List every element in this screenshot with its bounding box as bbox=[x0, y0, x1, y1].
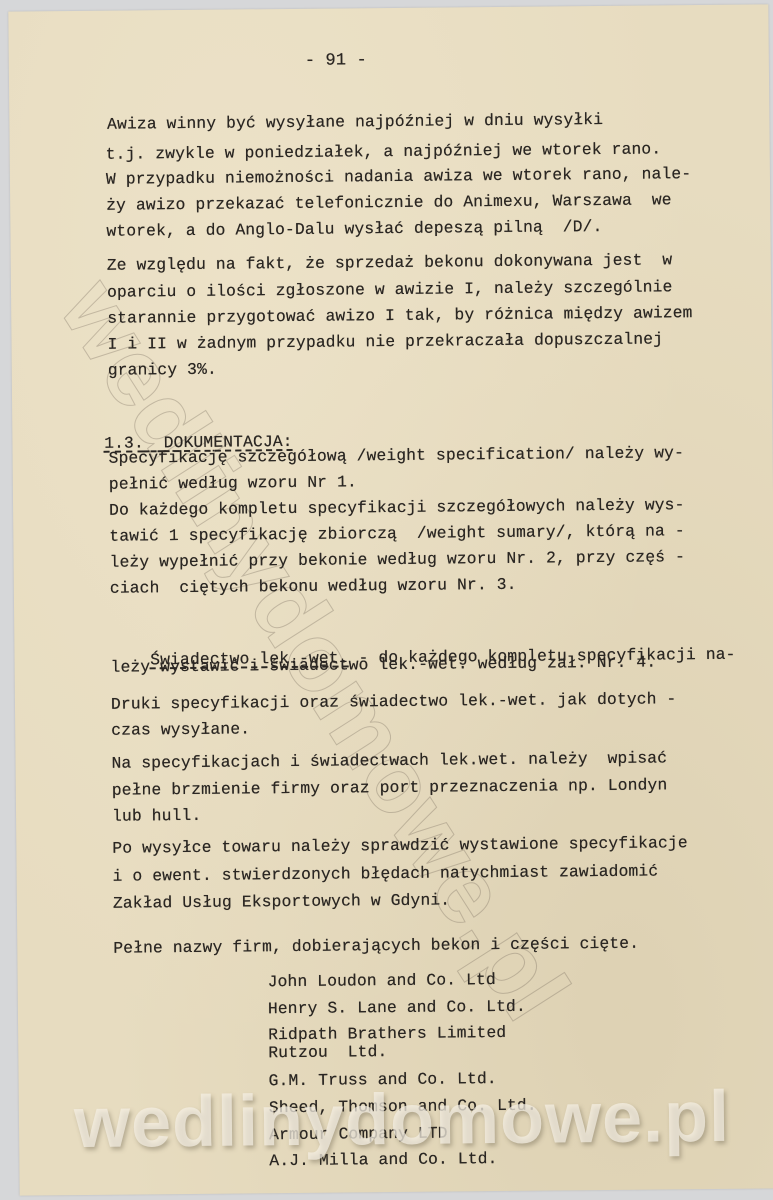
paragraph-3-line-4: tawić 1 specyfikację zbiorczą /weight su… bbox=[109, 521, 685, 547]
paragraph-6-line-3: lub hull. bbox=[112, 806, 201, 827]
firms-intro: Pełne nazwy firm, dobierających bekon i … bbox=[113, 934, 639, 959]
paragraph-3-line-2: pełnić według wzoru Nr 1. bbox=[109, 472, 357, 494]
paragraph-2-line-5: granicy 3%. bbox=[108, 360, 217, 381]
paragraph-7-line-3: Zakład Usług Eksportowych w Gdyni. bbox=[113, 890, 450, 913]
paragraph-7-line-1: Po wysyłce towaru należy sprawdzić wysta… bbox=[112, 833, 688, 859]
paragraph-3-line-5: leży wypełnić przy bekonie według wzoru … bbox=[110, 547, 686, 573]
paragraph-2-line-3: starannie przygotować awizo I tak, by ró… bbox=[107, 303, 692, 329]
paragraph-5-line-1: Druki specyfikacji oraz świadectwo lek.-… bbox=[111, 689, 677, 714]
paragraph-6-line-1: Na specyfikacjach i świadectwach lek.wet… bbox=[111, 748, 667, 773]
firm-item: Armour Company LTD bbox=[269, 1124, 448, 1146]
paragraph-1-line-1: Awiza winny być wysyłane najpóźniej w dn… bbox=[67, 110, 603, 135]
paragraph-3-line-3: Do każdego kompletu specyfikacji szczegó… bbox=[109, 495, 685, 521]
paragraph-1-line-3: W przypadku niemożności nadania awiza we… bbox=[106, 164, 691, 190]
paragraph-5-line-2: czas wysyłane. bbox=[111, 719, 250, 740]
firm-item: Henry S. Lane and Co. Ltd. bbox=[268, 997, 526, 1019]
paragraph-1-line-2: t.j. zwykle w poniedziałek, a najpóźniej… bbox=[106, 139, 662, 164]
firm-item: G.M. Truss and Co. Ltd. bbox=[269, 1069, 497, 1091]
firm-item: Rutzou Ltd. bbox=[268, 1042, 387, 1063]
page-number: - 91 - bbox=[305, 51, 367, 72]
document-page: wedlinydomowe.pl - 91 - Awiza winny być … bbox=[8, 4, 773, 1195]
firm-item: Sheed, Thomson and Co. Ltd. bbox=[269, 1096, 537, 1119]
paragraph-1-line-4: ży awizo przekazać telefonicznie do Anim… bbox=[106, 190, 672, 215]
firm-item: A.J. Milla and Co. Ltd. bbox=[269, 1149, 497, 1171]
paragraph-7-line-2: i o ewent. stwierdzonych błędach natychm… bbox=[113, 861, 659, 886]
paragraph-3-line-1: Specyfikację szczegółową /weight specifi… bbox=[109, 443, 685, 469]
paragraph-1-line-5: wtorek, a do Anglo-Dalu wysłać depeszą p… bbox=[106, 217, 602, 242]
paragraph-2-line-1: Ze względu na fakt, że sprzedaż bekonu d… bbox=[107, 250, 673, 275]
paragraph-2-line-2: oparciu o ilości zgłoszone w awizie I, n… bbox=[107, 277, 673, 302]
paragraph-2-line-4: I i II w żadnym przypadku nie przekracza… bbox=[107, 329, 663, 354]
firm-item: John Loudon and Co. Ltd bbox=[268, 970, 496, 992]
paragraph-6-line-2: pełne brzmienie firmy oraz port przeznac… bbox=[112, 775, 668, 800]
paragraph-3-line-6: ciach ciętych bekonu według wzoru Nr. 3. bbox=[110, 575, 517, 599]
